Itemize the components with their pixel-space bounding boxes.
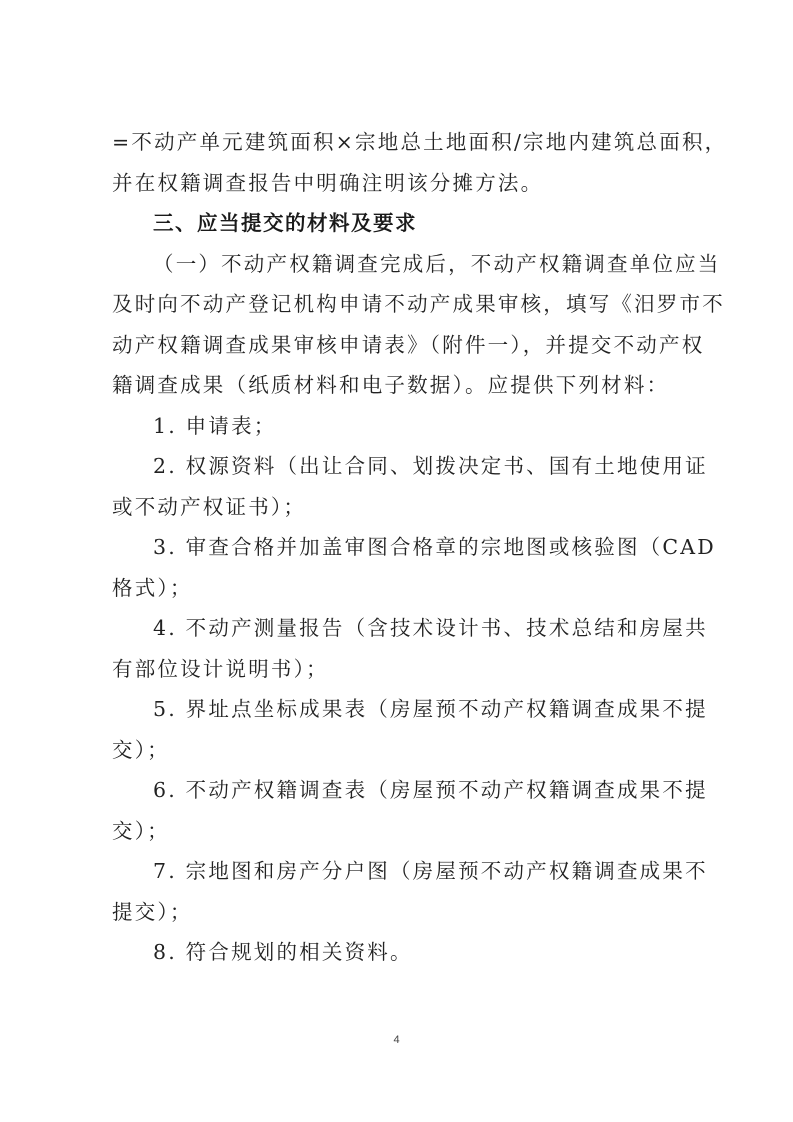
paragraph-line: 及时向不动产登记机构申请不动产成果审核，填写《汨罗市不	[112, 284, 682, 325]
list-item-6-cont: 交）；	[112, 811, 682, 852]
list-item-6: 6. 不动产权籍调查表（房屋预不动产权籍调查成果不提	[112, 770, 682, 811]
list-item-1: 1. 申请表；	[112, 406, 682, 447]
list-item-5: 5. 界址点坐标成果表（房屋预不动产权籍调查成果不提	[112, 689, 682, 730]
section-heading: 三、应当提交的材料及要求	[112, 203, 682, 244]
paragraph-line: 籍调查成果（纸质材料和电子数据）。应提供下列材料：	[112, 365, 682, 406]
page-number: 4	[0, 1034, 793, 1046]
document-body: =不动产单元建筑面积×宗地总土地面积/宗地内建筑总面积， 并在权籍调查报告中明确…	[112, 122, 682, 973]
list-item-2: 2. 权源资料（出让合同、划拨决定书、国有土地使用证	[112, 446, 682, 487]
list-item-7: 7. 宗地图和房产分户图（房屋预不动产权籍调查成果不	[112, 851, 682, 892]
list-item-5-cont: 交）；	[112, 730, 682, 771]
list-item-4: 4. 不动产测量报告（含技术设计书、技术总结和房屋共	[112, 608, 682, 649]
paragraph-line: 动产权籍调查成果审核申请表》（附件一），并提交不动产权	[112, 325, 682, 366]
list-item-8: 8. 符合规划的相关资料。	[112, 932, 682, 973]
paragraph-line: （一）不动产权籍调查完成后，不动产权籍调查单位应当	[112, 244, 682, 285]
list-item-4-cont: 有部位设计说明书）；	[112, 649, 682, 690]
text-line: 并在权籍调查报告中明确注明该分摊方法。	[112, 163, 682, 204]
list-item-7-cont: 提交）；	[112, 892, 682, 933]
text-line: =不动产单元建筑面积×宗地总土地面积/宗地内建筑总面积，	[112, 122, 682, 163]
list-item-3: 3. 审查合格并加盖审图合格章的宗地图或核验图（CAD	[112, 527, 682, 568]
list-item-3-cont: 格式）；	[112, 568, 682, 609]
list-item-2-cont: 或不动产权证书）；	[112, 487, 682, 528]
